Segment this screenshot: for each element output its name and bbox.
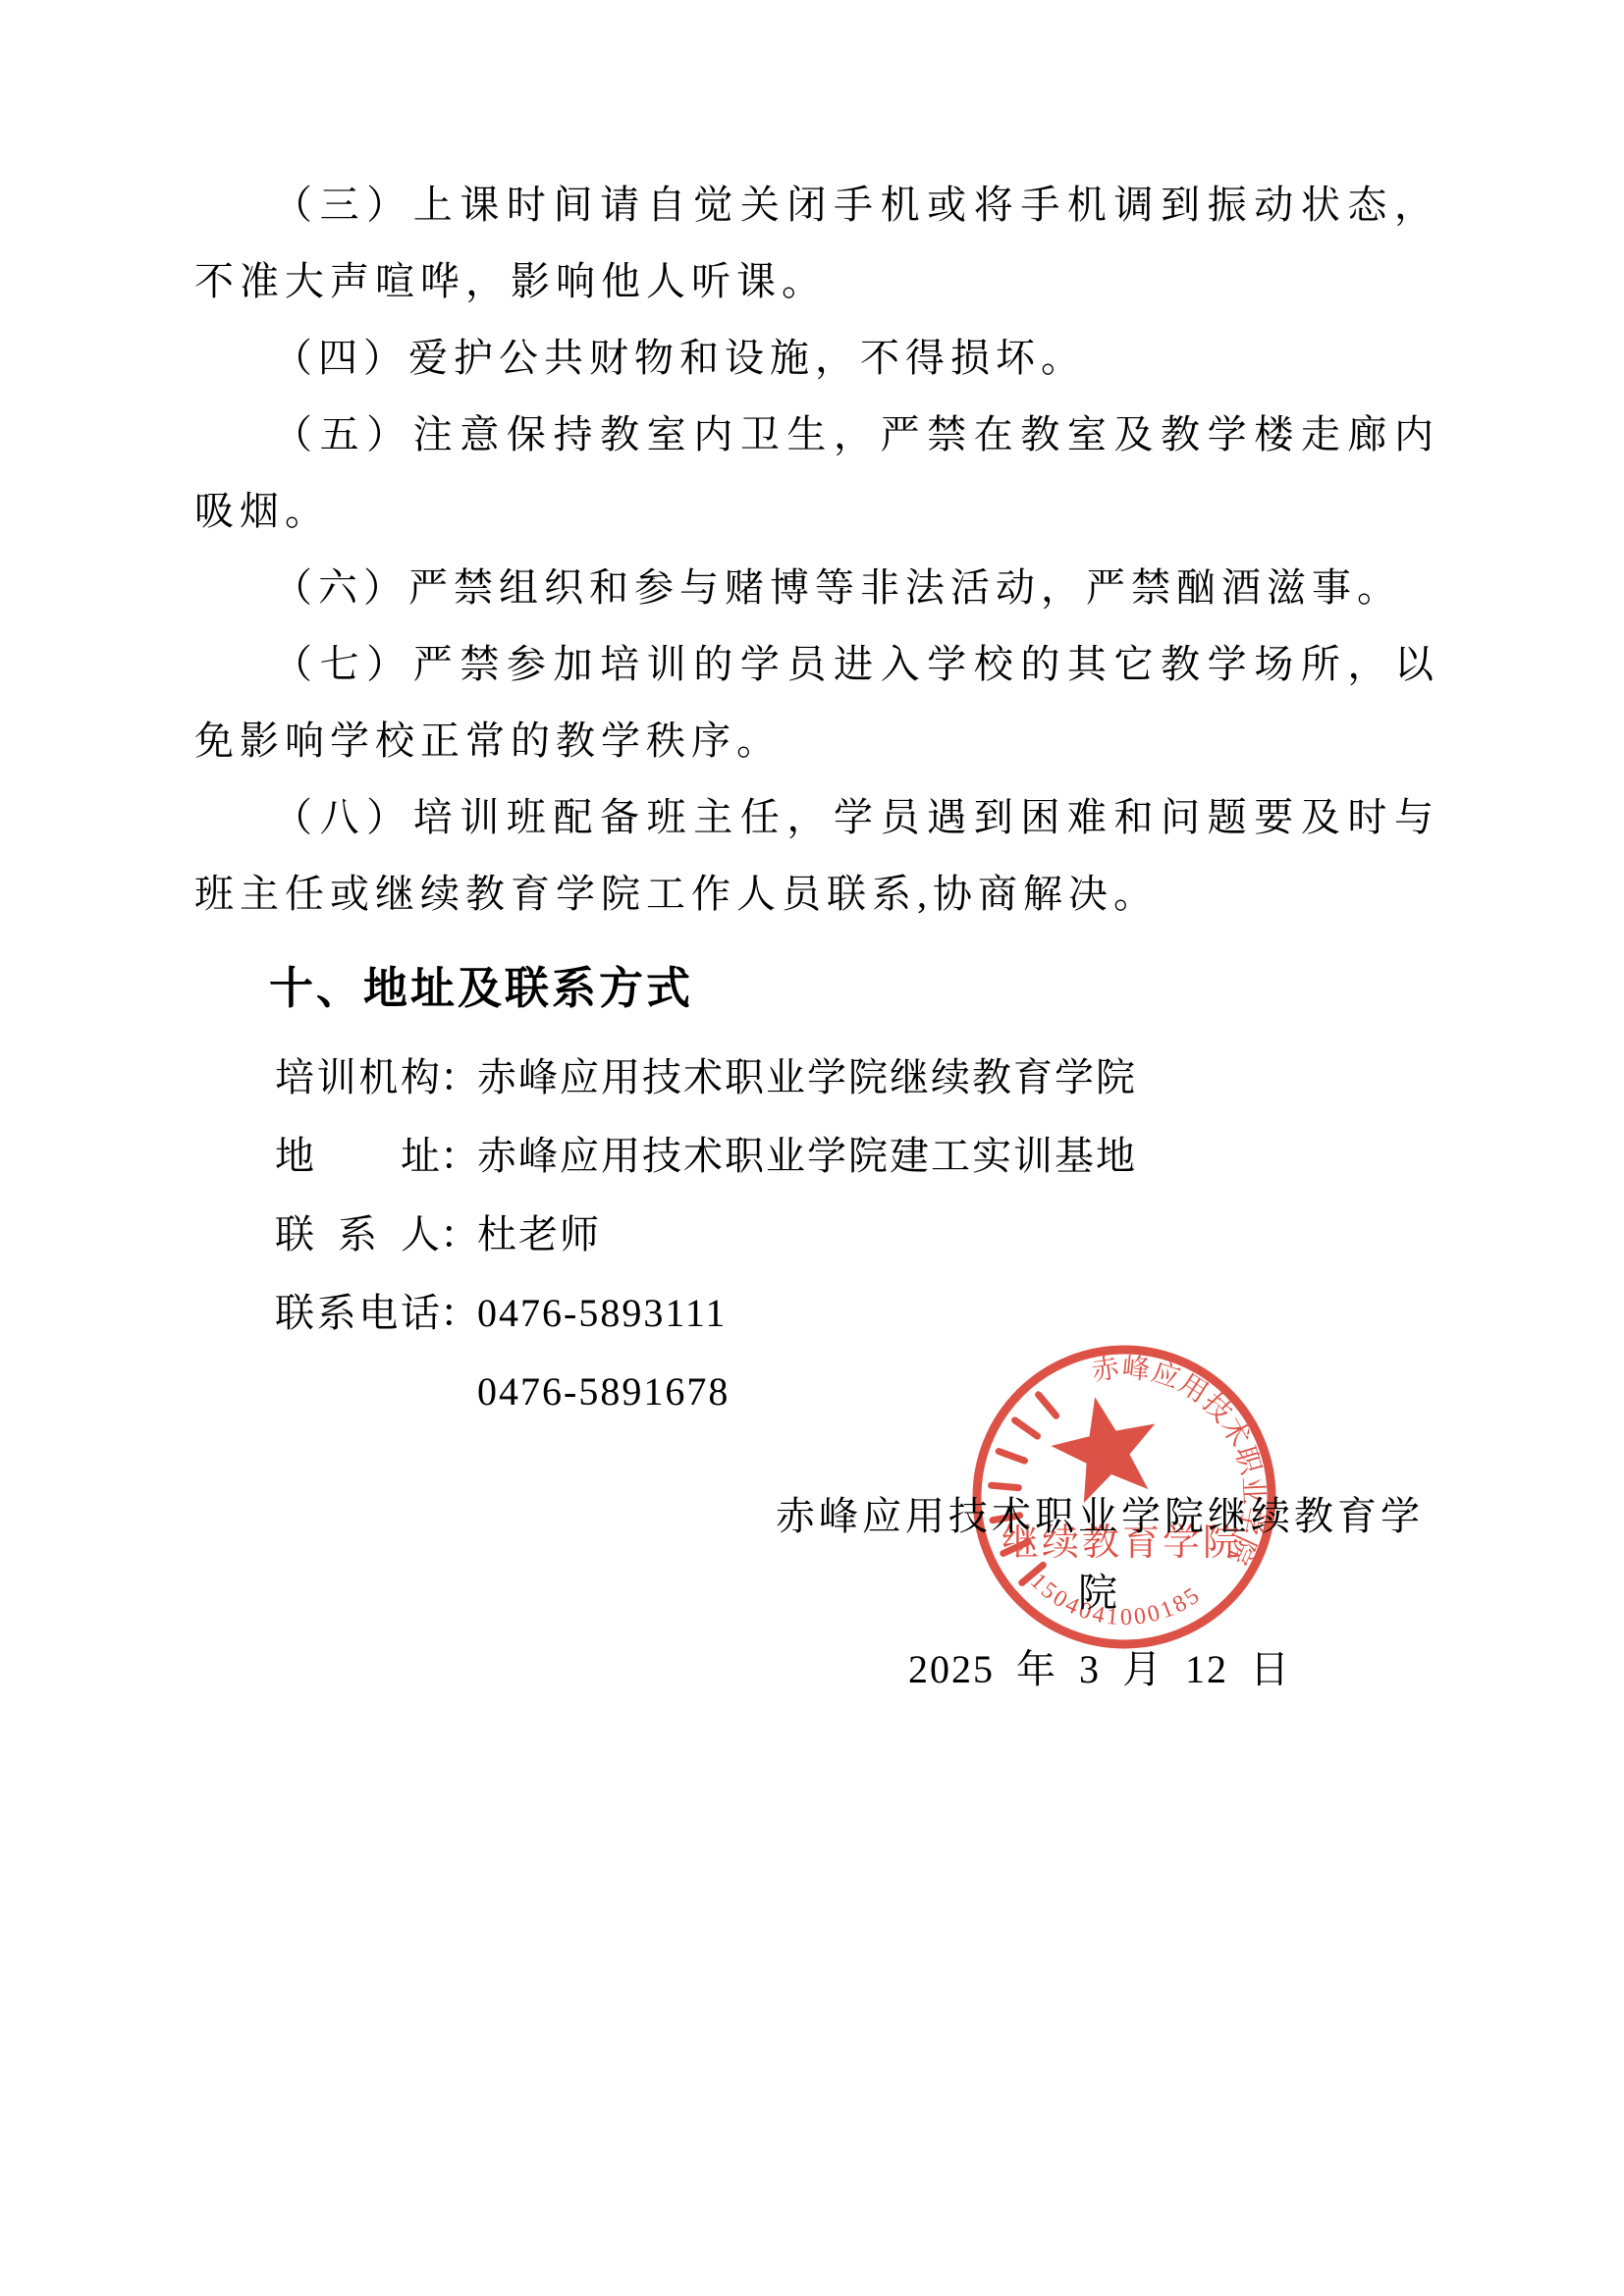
contact-row-phone-2: 0476-5891678: [194, 1353, 1439, 1431]
contact-value: 0476-5891678: [477, 1369, 730, 1414]
paragraph-rule-6: （六）严禁组织和参与赌博等非法活动，严禁酗酒滋事。: [194, 550, 1439, 626]
contact-colon: ：: [440, 1039, 477, 1117]
contact-row-person: 联系人：杜老师: [194, 1196, 1439, 1274]
contact-row-institution: 培训机构：赤峰应用技术职业学院继续教育学院: [194, 1039, 1439, 1117]
paragraph-rule-4: （四）爱护公共财物和设施，不得损坏。: [194, 320, 1439, 397]
contact-colon: ：: [440, 1274, 477, 1353]
contact-value: 赤峰应用技术职业学院建工实训基地: [477, 1134, 1137, 1178]
document-page: （三）上课时间请自觉关闭手机或将手机调到振动状态，不准大声喧哗，影响他人听课。 …: [0, 0, 1624, 2296]
contact-row-address: 地址：赤峰应用技术职业学院建工实训基地: [194, 1117, 1439, 1196]
contact-label: 地址: [275, 1117, 440, 1196]
contact-block: 培训机构：赤峰应用技术职业学院继续教育学院 地址：赤峰应用技术职业学院建工实训基…: [194, 1039, 1439, 1431]
contact-row-phone: 联系电话：0476-5893111: [194, 1274, 1439, 1353]
section-heading: 十、地址及联系方式: [194, 950, 1439, 1027]
paragraph-rule-5: （五）注意保持教室内卫生，严禁在教室及教学楼走廊内吸烟。: [194, 397, 1439, 550]
document-body: （三）上课时间请自觉关闭手机或将手机调到振动状态，不准大声喧哗，影响他人听课。 …: [194, 167, 1439, 1431]
signature-organization: 赤峰应用技术职业学院继续教育学院: [756, 1478, 1443, 1631]
paragraph-rule-7: （七）严禁参加培训的学员进入学校的其它教学场所，以免影响学校正常的教学秩序。: [194, 626, 1439, 779]
contact-colon: ：: [440, 1196, 477, 1274]
contact-value: 赤峰应用技术职业学院继续教育学院: [477, 1055, 1137, 1099]
contact-label: 联系人: [275, 1196, 440, 1274]
signature-date: 2025 年 3 月 12 日: [756, 1631, 1443, 1708]
contact-colon: ：: [440, 1117, 477, 1196]
paragraph-rule-3: （三）上课时间请自觉关闭手机或将手机调到振动状态，不准大声喧哗，影响他人听课。: [194, 167, 1439, 320]
contact-label: 联系电话: [275, 1274, 440, 1353]
contact-value: 0476-5893111: [477, 1291, 727, 1335]
signature-block: 赤峰应用技术职业学院继续教育学院 2025 年 3 月 12 日: [756, 1478, 1443, 1708]
paragraph-rule-8: （八）培训班配备班主任，学员遇到困难和问题要及时与班主任或继续教育学院工作人员联…: [194, 779, 1439, 933]
contact-value: 杜老师: [477, 1212, 601, 1256]
contact-label: 培训机构: [275, 1039, 440, 1117]
